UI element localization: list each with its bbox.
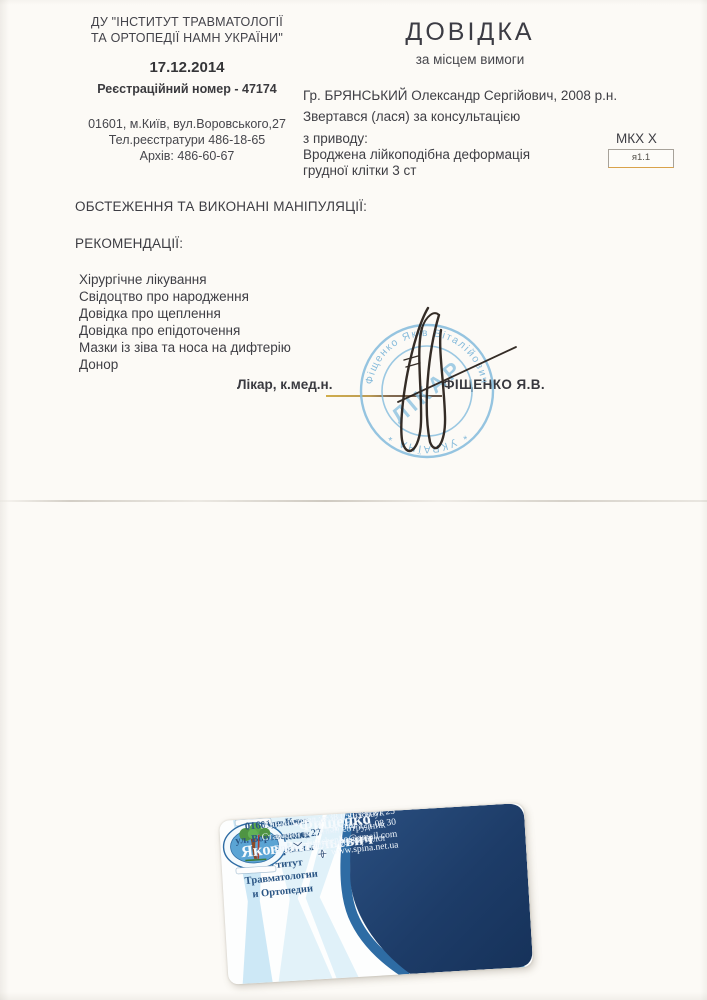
reason-label: з приводу: (303, 131, 368, 146)
globe-icon (318, 849, 328, 859)
institution-address-block: 01601, м.Київ, вул.Воровського,27 Тел.ре… (42, 116, 332, 164)
patient-line: Гр. БРЯНСЬКИЙ Олександр Сергійович, 2008… (303, 88, 617, 103)
recommendations-heading: РЕКОМЕНДАЦІЇ: (75, 236, 183, 251)
consultation-line: Звертався (лася) за консультацією (303, 109, 520, 124)
email-icon (293, 841, 304, 849)
recommendation-item: Хірургічне лікування (79, 271, 291, 288)
registry-phone: Тел.реєстратури 486-18-65 (42, 132, 332, 148)
document-subtitle: за місцем вимоги (305, 52, 635, 67)
institution-name-line2: ТА ОРТОПЕДІЇ НАМН УКРАЇНИ" (42, 30, 332, 46)
recommendation-item: Довідка про щеплення (79, 305, 291, 322)
institution-name-line1: ДУ "ІНСТИТУТ ТРАВМАТОЛОГІЇ (42, 14, 332, 30)
scanned-medical-certificate: ДУ "ІНСТИТУТ ТРАВМАТОЛОГІЇ ТА ОРТОПЕДІЇ … (0, 0, 707, 1000)
recommendation-item: Свідоцтво про народження (79, 288, 291, 305)
doctor-title-label: Лікар, к.мед.н. (237, 377, 332, 392)
recommendation-item: Донор (79, 356, 291, 373)
icd-code-box: я1.1 (608, 149, 674, 168)
business-card: Академия Медицинских Наук Украины Инстит… (219, 803, 533, 985)
doctor-signature (340, 288, 560, 473)
document-title: ДОВІДКА (305, 18, 635, 47)
recommendation-item: Довідка про епідоточення (79, 322, 291, 339)
archive-phone: Архів: 486-60-67 (42, 148, 332, 164)
registration-number: Реєстраційний номер - 47174 (42, 82, 332, 96)
phone-icon (290, 818, 300, 828)
diagnosis-line-2: грудної клітки 3 ст (303, 163, 416, 178)
institution-address: 01601, м.Київ, вул.Воровського,27 (42, 116, 332, 132)
recommendation-item: Мазки із зіва та носа на дифтерію (79, 339, 291, 356)
icd-label: МКХ Х (616, 131, 657, 146)
fold-crease (0, 500, 707, 502)
examinations-heading: ОБСТЕЖЕННЯ ТА ВИКОНАНІ МАНІПУЛЯЦІЇ: (75, 199, 367, 214)
letterhead: ДУ "ІНСТИТУТ ТРАВМАТОЛОГІЇ ТА ОРТОПЕДІЇ … (42, 14, 332, 164)
recommendations-list: Хірургічне лікування Свідоцтво про народ… (79, 271, 291, 373)
document-date: 17.12.2014 (42, 59, 332, 76)
diagnosis-line-1: Вроджена лійкоподібна деформація (303, 147, 530, 162)
